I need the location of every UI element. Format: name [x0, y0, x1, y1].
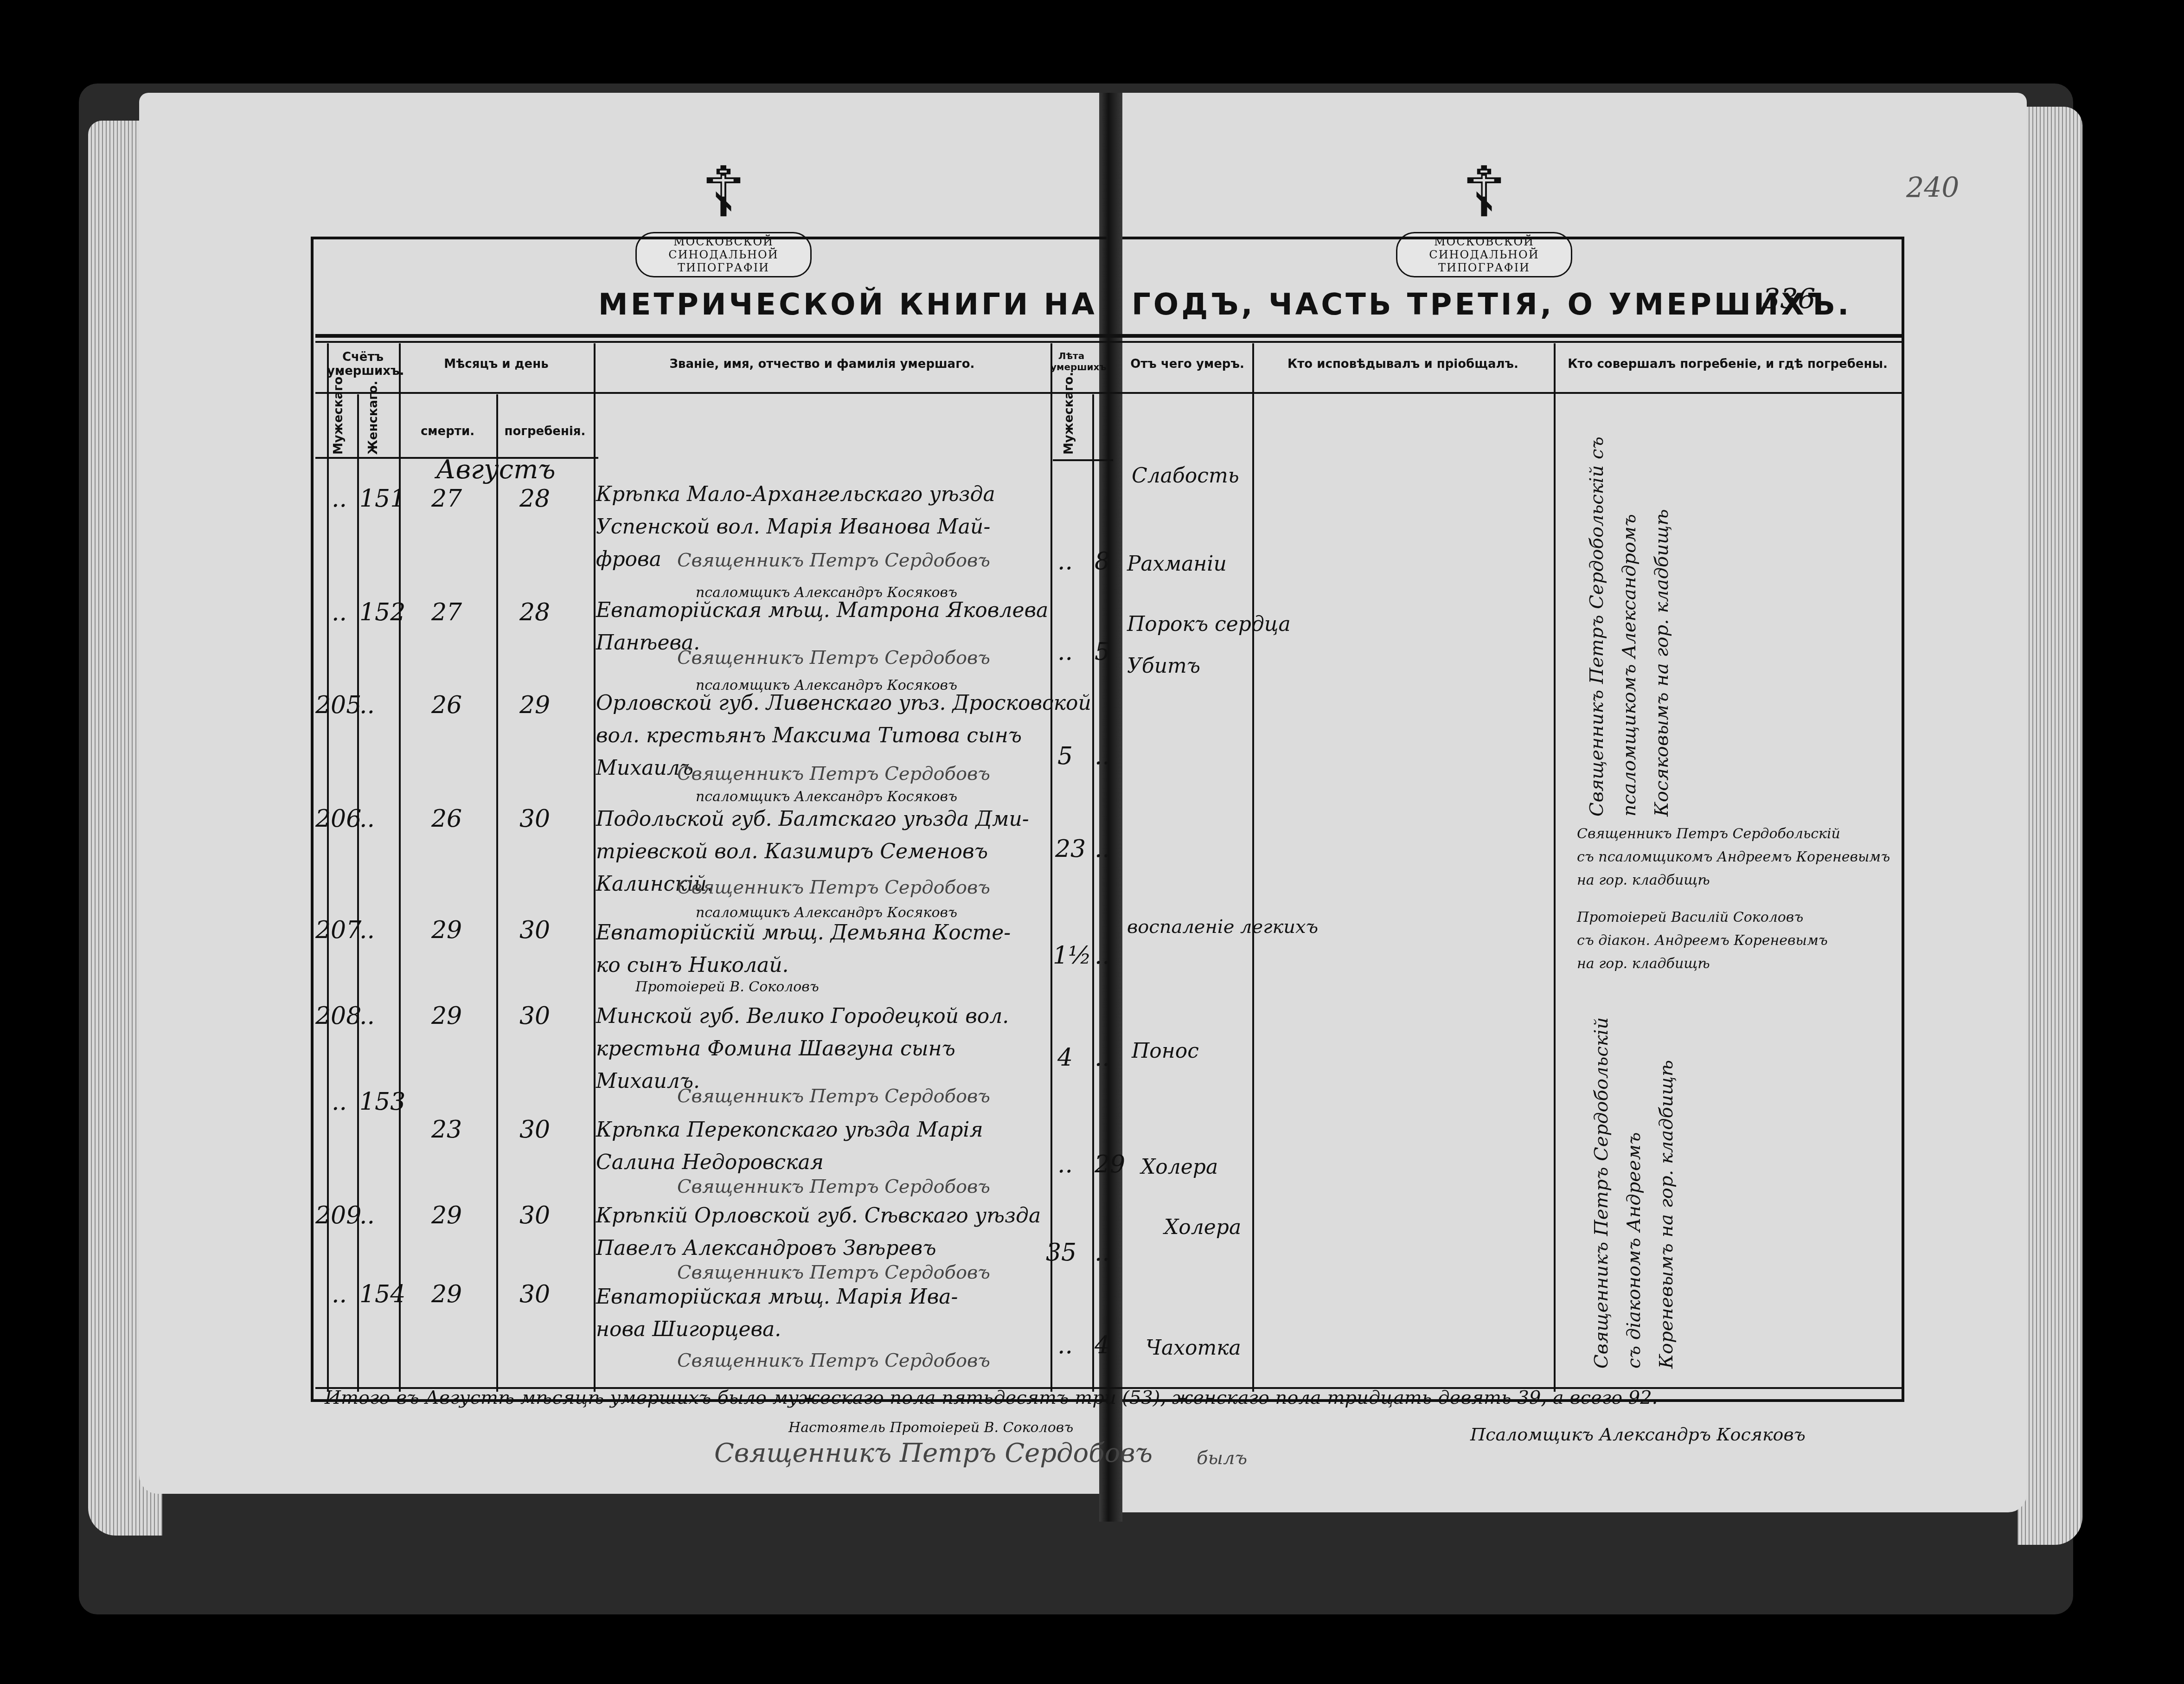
header-burial-by: Кто совершалъ погребеніе, и гдѣ погребен…: [1554, 357, 1902, 371]
title-rule-thin: [315, 341, 1902, 343]
deceased-name-line: Орловской губ. Ливенскаго уѣз. Дросковск…: [596, 691, 1091, 715]
male-count: ..: [332, 1088, 347, 1116]
double-headed-eagle-icon: ☦: [1396, 153, 1572, 232]
deceased-name-line: Крѣпка Перекопскаго уѣзда Марія: [596, 1118, 983, 1142]
header-male: Мужескаго.: [332, 404, 346, 455]
deceased-name-line: Салина Недоровская: [596, 1151, 824, 1174]
age-female: ..: [1095, 942, 1110, 970]
priest-signature: Священникъ Петръ Сердобовъ: [677, 1262, 990, 1283]
header-confessor: Кто исповѣдывалъ и пріобщалъ.: [1252, 357, 1554, 371]
death-day: 27: [431, 598, 462, 626]
month-label: Августъ: [436, 455, 556, 485]
deceased-name-line: Минской губ. Велико Городецкой вол.: [596, 1004, 1009, 1028]
death-day: 23: [431, 1116, 462, 1144]
header-female: Женскаго.: [366, 404, 380, 455]
vertical-burial-note: Косяковымъ на гор. кладбищѣ: [1651, 399, 1672, 816]
age-male: ..: [1057, 1151, 1073, 1178]
male-count: 207: [315, 916, 361, 944]
page-title-right: ГОДЪ, ЧАСТЬ ТРЕТІЯ, О УМЕРШИХЪ.: [1132, 288, 1851, 322]
clerk-note: псаломщикъ Александръ Косяковъ: [696, 905, 957, 921]
page-edges-right: [2017, 107, 2082, 1545]
deceased-name-line: ко сынъ Николай.: [596, 953, 789, 977]
header-age-male: Мужескаго.: [1062, 404, 1076, 455]
priest-signature: Священникъ Петръ Сердобовъ: [677, 647, 990, 668]
male-count: 206: [315, 805, 361, 833]
deceased-name-line: Крѣпкій Орловской губ. Сѣвскаго уѣзда: [596, 1204, 1041, 1228]
female-count: 153: [359, 1088, 405, 1116]
death-day: 27: [431, 485, 462, 513]
death-day: 29: [431, 1280, 462, 1308]
age-female: 8: [1095, 547, 1110, 575]
age-male: 1½: [1053, 942, 1091, 970]
priest-signature: Священникъ Петръ Сердобовъ: [677, 877, 990, 898]
male-count: 205: [315, 691, 361, 719]
title-rule: [315, 334, 1902, 338]
age-male: 5: [1057, 742, 1073, 770]
col-divider: [594, 343, 596, 1392]
male-count: ..: [332, 1280, 347, 1308]
female-count: ..: [359, 916, 375, 944]
death-day: 29: [431, 916, 462, 944]
cause-of-death: Рахманіи: [1127, 552, 1227, 576]
age-male: 35: [1046, 1239, 1076, 1266]
clerk-note: псаломщикъ Александръ Косяковъ: [696, 789, 957, 805]
col-divider: [357, 394, 359, 1392]
death-day: 26: [431, 805, 462, 833]
cause-of-death: воспаленіе легкихъ: [1127, 916, 1318, 938]
signature-psalmist: Псаломщикъ Александръ Косяковъ: [1470, 1424, 1806, 1445]
age-female: 5: [1095, 638, 1110, 666]
archive-page-number: 240: [1906, 172, 1960, 204]
burial-day: 30: [519, 1202, 550, 1229]
female-count: 152: [359, 598, 405, 626]
age-female: 4: [1095, 1331, 1110, 1359]
col-divider: [327, 343, 329, 1392]
burial-officiant-line: съ діакон. Андреемъ Кореневымъ: [1577, 932, 1828, 949]
header-age: Лѣта умершихъ: [1050, 350, 1092, 373]
double-headed-eagle-icon: ☦: [635, 153, 812, 232]
cause-of-death: Холера: [1141, 1155, 1218, 1179]
female-count: ..: [359, 805, 375, 833]
header-cause: Отъ чего умеръ.: [1122, 357, 1252, 371]
age-female: 29: [1095, 1151, 1125, 1178]
death-day: 29: [431, 1002, 462, 1030]
deceased-name-line: Евпаторійскій мѣщ. Демьяна Косте-: [596, 921, 1011, 945]
burial-day: 30: [519, 1002, 550, 1030]
priest-signature: Священникъ Петръ Сердобовъ: [677, 763, 990, 784]
male-count: 208: [315, 1002, 361, 1030]
age-male: ..: [1057, 547, 1073, 575]
col-divider: [1554, 343, 1556, 1392]
cause-of-death: Понос: [1132, 1039, 1199, 1063]
deceased-name-line: нова Шигорцева.: [596, 1318, 781, 1341]
death-day: 26: [431, 691, 462, 719]
deceased-name-line: Павелъ Александровъ Звѣревъ: [596, 1236, 936, 1260]
vertical-burial-note: Кореневымъ на гор. кладбищѣ: [1656, 1021, 1677, 1369]
deceased-name-line: Крѣпка Мало-Архангельскаго уѣзда: [596, 482, 995, 506]
footer-note: былъ: [1197, 1447, 1247, 1469]
burial-officiant-line: Священникъ Петръ Сердобольскій: [1577, 826, 1840, 842]
header-rule: [315, 392, 1902, 394]
deceased-name-line: Успенской вол. Марія Иванова Май-: [596, 515, 990, 539]
priest-signature: Священникъ Петръ Сердобовъ: [677, 1350, 990, 1371]
female-count: ..: [359, 691, 375, 719]
burial-day: 30: [519, 805, 550, 833]
col-divider: [496, 394, 498, 1392]
col-divider: [1252, 343, 1254, 1392]
deceased-name-line: Евпаторійская мѣщ. Марія Ива-: [596, 1285, 958, 1309]
burial-officiant-line: Протоіерей Василій Соколовъ: [1577, 909, 1803, 926]
subheader-rule-age: [1053, 459, 1113, 461]
female-count: 154: [359, 1280, 405, 1308]
header-month-day: Мѣсяцъ и день: [399, 357, 594, 371]
deceased-name-line: тріевской вол. Казимиръ Семеновъ: [596, 840, 988, 863]
male-count: 209: [315, 1202, 361, 1229]
monthly-total-summary: Итого въ Августѣ мѣсяцѣ умершихъ было му…: [325, 1387, 1658, 1408]
age-male: 23: [1055, 835, 1086, 863]
page-title-left: МЕТРИЧЕСКОЙ КНИГИ НА: [598, 288, 1097, 322]
female-count: ..: [359, 1202, 375, 1229]
age-female: ..: [1095, 1239, 1110, 1266]
header-burial: погребенія.: [496, 424, 594, 438]
age-male: ..: [1057, 638, 1073, 666]
deceased-name-line: Евпаторійская мѣщ. Матрона Яковлева: [596, 598, 1048, 622]
female-count: 151: [359, 485, 405, 513]
deceased-name-line: вол. крестьянъ Максима Титова сынъ: [596, 724, 1022, 747]
burial-day: 29: [519, 691, 550, 719]
priest-signature: Протоіерей В. Соколовъ: [635, 979, 819, 995]
vertical-burial-note: Священникъ Петръ Сердобольскій: [1591, 1021, 1612, 1369]
signature-priest: Священникъ Петръ Сердобовъ: [714, 1438, 1153, 1468]
cause-of-death: Холера: [1164, 1215, 1241, 1239]
cause-of-death: Слабость: [1132, 464, 1239, 488]
age-male: ..: [1057, 1331, 1073, 1359]
vertical-burial-note: Священникъ Петръ Сердобольскій съ: [1586, 399, 1608, 816]
deceased-name-line: крестьна Фомина Шавгуна сынъ: [596, 1037, 955, 1061]
male-count: ..: [332, 485, 347, 513]
cause-of-death: Порокъ сердца: [1127, 612, 1291, 636]
priest-signature: Священникъ Петръ Сердобовъ: [677, 1176, 990, 1197]
vertical-burial-note: съ діакономъ Андреемъ: [1623, 1021, 1645, 1369]
burial-day: 30: [519, 1116, 550, 1144]
header-death: смерти.: [399, 424, 496, 438]
death-day: 29: [431, 1202, 462, 1229]
burial-day: 28: [519, 598, 550, 626]
priest-signature: Священникъ Петръ Сердобовъ: [677, 1086, 990, 1107]
col-divider: [1050, 343, 1052, 1392]
vertical-burial-note: псаломщикомъ Александромъ: [1619, 399, 1640, 816]
burial-officiant-line: съ псаломщикомъ Андреемъ Кореневымъ: [1577, 849, 1890, 865]
burial-day: 30: [519, 1280, 550, 1308]
burial-officiant-line: на гор. кладбищѣ: [1577, 956, 1710, 972]
cause-of-death: Чахотка: [1146, 1336, 1241, 1360]
folio-number: 336: [1762, 283, 1816, 315]
cause-of-death: Убитъ: [1127, 654, 1200, 678]
age-female: ..: [1095, 742, 1110, 770]
burial-day: 30: [519, 916, 550, 944]
age-female: ..: [1095, 835, 1110, 863]
age-male: 4: [1057, 1044, 1073, 1072]
deceased-name-line: фрова: [596, 547, 661, 571]
header-name: Званіе, имя, отчество и фамилія умершаго…: [594, 357, 1050, 371]
priest-signature: Священникъ Петръ Сердобовъ: [677, 550, 990, 571]
col-divider: [1092, 394, 1094, 1392]
age-female: ..: [1095, 1044, 1110, 1072]
female-count: ..: [359, 1002, 375, 1030]
deceased-name-line: Подольской губ. Балтскаго уѣзда Дми-: [596, 807, 1029, 831]
male-count: ..: [332, 598, 347, 626]
burial-day: 28: [519, 485, 550, 513]
signature-superior: Настоятель Протоіерей В. Соколовъ: [788, 1420, 1073, 1436]
burial-officiant-line: на гор. кладбищѣ: [1577, 872, 1710, 888]
